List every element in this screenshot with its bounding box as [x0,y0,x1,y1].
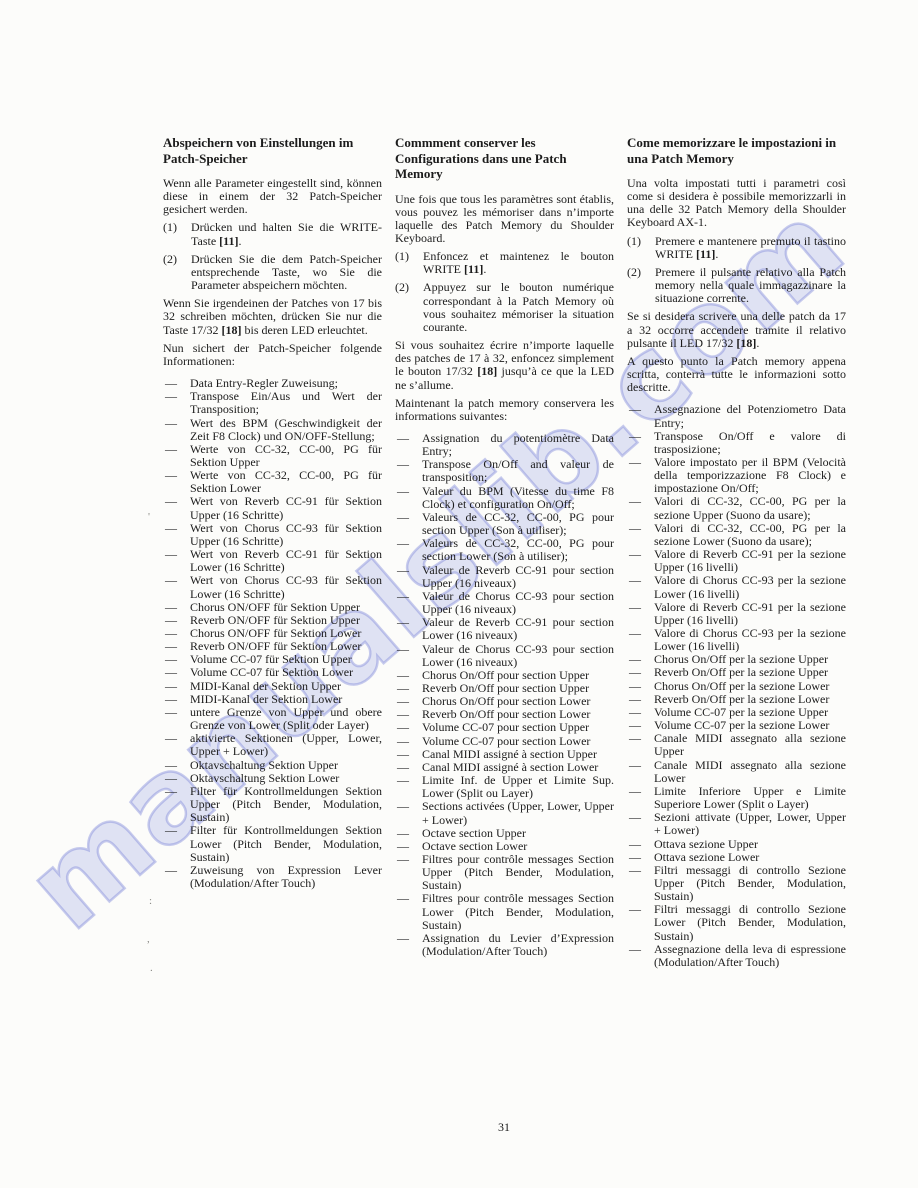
item-text: Assignation du Levier d’Expression (Modu… [422,932,614,958]
dash-marker: — [397,485,409,498]
list-item: —Chorus On/Off per la sezione Lower [627,680,846,693]
dash-marker: — [165,785,177,798]
column-italian: Come memorizzare le impostazioni in una … [627,135,846,969]
item-text: Canale MIDI assegnato alla sezione Lower [654,759,846,785]
dash-marker: — [629,732,641,745]
dash-marker: — [397,800,409,813]
item-text: Oktavschaltung Sektion Lower [190,772,382,785]
list-item: —Valori di CC-32, CC-00, PG per la sezio… [627,495,846,521]
column-german: Abspeichern von Einstellungen im Patch-S… [163,135,382,890]
intro-paragraph: Una volta impostati tutti i parametri co… [627,177,846,230]
item-text: Assegnazione della leva di espressione (… [654,943,846,969]
item-text: Valeur de Reverb CC-91 pour section Uppe… [422,564,614,590]
steps-italian: (1)Premere e mantenere premuto il tastin… [627,235,846,306]
list-item: —Filtri messaggi di controllo Sezione Up… [627,864,846,903]
item-text: untere Grenze von Upper und obere Grenze… [190,706,382,732]
notes-german: Wenn Sie irgendeinen der Patches von 17 … [163,297,382,368]
dash-marker: — [629,838,641,851]
item-text: Valori di CC-32, CC-00, PG per la sezion… [654,495,846,521]
step-number: (2) [395,281,409,294]
manual-page: manualslib.com Abspeichern von Einstellu… [0,0,918,1188]
item-text: Transpose On/Off and valeur de transposi… [422,458,614,484]
saved-settings-list-italian: —Assegnazione del Potenziometro Data Ent… [627,403,846,969]
scan-speck: : [149,896,152,906]
dash-marker: — [629,548,641,561]
list-item: —Valeur du BPM (Vitesse du time F8 Clock… [395,485,614,511]
list-item: —untere Grenze von Upper und obere Grenz… [163,706,382,732]
section-heading-french: Commment conserver les Configurations da… [395,135,614,182]
list-item: —Werte von CC-32, CC-00, PG für Sektion … [163,443,382,469]
dash-marker: — [165,706,177,719]
dash-marker: — [397,774,409,787]
step-text: Appuyez sur le bouton numérique correspo… [423,281,614,334]
dash-marker: — [165,469,177,482]
item-text: Canal MIDI assigné à section Upper [422,748,614,761]
dash-marker: — [629,680,641,693]
item-text: Wert von Chorus CC-93 für Sektion Lower … [190,574,382,600]
page-number: 31 [163,1120,845,1135]
dash-marker: — [629,403,641,416]
item-text: Reverb On/Off per la sezione Upper [654,666,846,679]
list-item: —Sezioni attivate (Upper, Lower, Upper +… [627,811,846,837]
list-item: —Valeur de Chorus CC-93 pour section Low… [395,643,614,669]
dash-marker: — [165,390,177,403]
item-text: Valore di Chorus CC-93 per la sezione Lo… [654,627,846,653]
item-text: Ottava sezione Lower [654,851,846,864]
dash-marker: — [629,522,641,535]
list-item: —Valore di Reverb CC-91 per la sezione U… [627,601,846,627]
dash-marker: — [397,853,409,866]
dash-marker: — [397,669,409,682]
list-item: —Oktavschaltung Sektion Upper [163,759,382,772]
steps-french: (1)Enfoncez et maintenez le bouton WRITE… [395,250,614,334]
dash-marker: — [165,601,177,614]
list-item: —Volume CC-07 für Sektion Lower [163,666,382,679]
dash-marker: — [629,601,641,614]
list-item: —Transpose Ein/Aus und Wert der Transpos… [163,390,382,416]
dash-marker: — [165,574,177,587]
step-text: Drücken und halten Sie die WRITE-Taste [… [191,221,382,247]
list-item: —Assegnazione del Potenziometro Data Ent… [627,403,846,429]
step-text: Premere il pulsante relativo alla Patch … [655,266,846,305]
list-item: —Volume CC-07 pour section Lower [395,735,614,748]
list-item: —Canale MIDI assegnato alla sezione Lowe… [627,759,846,785]
item-text: Werte von CC-32, CC-00, PG für Sektion U… [190,443,382,469]
list-item: —Filter für Kontrollmeldungen Sektion Lo… [163,824,382,863]
list-item: —Limite Inf. de Upper et Limite Sup. Low… [395,774,614,800]
list-item: —Chorus ON/OFF für Sektion Upper [163,601,382,614]
list-item: —Valeurs de CC-32, CC-00, PG pour sectio… [395,511,614,537]
list-item: —Assegnazione della leva di espressione … [627,943,846,969]
numbered-step: (2)Appuyez sur le bouton numérique corre… [395,281,614,334]
numbered-step: (2)Premere il pulsante relativo alla Pat… [627,266,846,305]
step-number: (1) [163,221,177,234]
list-item: —Filtri messaggi di controllo Sezione Lo… [627,903,846,942]
dash-marker: — [165,522,177,535]
note-paragraph: Se si desidera scrivere una delle patch … [627,310,846,349]
dash-marker: — [397,590,409,603]
dash-marker: — [397,748,409,761]
list-item: —Canal MIDI assigné à section Upper [395,748,614,761]
list-item: —Reverb On/Off per la sezione Upper [627,666,846,679]
dash-marker: — [629,627,641,640]
scan-speck: ' [148,512,150,522]
list-item: —Valore di Chorus CC-93 per la sezione L… [627,627,846,653]
list-item: —Assignation du Levier d’Expression (Mod… [395,932,614,958]
step-number: (2) [163,253,177,266]
item-text: Filtres pour contrôle messages Section L… [422,892,614,931]
column-french: Commment conserver les Configurations da… [395,135,614,958]
steps-german: (1)Drücken und halten Sie die WRITE-Tast… [163,221,382,292]
dash-marker: — [165,732,177,745]
list-item: —Wert von Chorus CC-93 für Sektion Lower… [163,574,382,600]
step-number: (1) [395,250,409,263]
item-text: Valore di Chorus CC-93 per la sezione Lo… [654,574,846,600]
numbered-step: (1)Drücken und halten Sie die WRITE-Tast… [163,221,382,247]
item-text: Chorus On/Off per la sezione Lower [654,680,846,693]
note-paragraph: Nun sichert der Patch-Speicher folgende … [163,342,382,368]
list-item: —aktivierte Sektionen (Upper, Lower, Upp… [163,732,382,758]
item-text: Sezioni attivate (Upper, Lower, Upper + … [654,811,846,837]
item-text: Assignation du potentiomètre Data Entry; [422,432,614,458]
item-text: Limite Inferiore Upper e Limite Superior… [654,785,846,811]
item-text: Sections activées (Upper, Lower, Upper +… [422,800,614,826]
item-text: Canale MIDI assegnato alla sezione Upper [654,732,846,758]
item-text: Valori di CC-32, CC-00, PG per la sezion… [654,522,846,548]
item-text: Transpose Ein/Aus und Wert der Transposi… [190,390,382,416]
dash-marker: — [629,759,641,772]
intro-paragraph: Une fois que tous les paramètres sont ét… [395,193,614,246]
dash-marker: — [397,458,409,471]
list-item: —Ottava sezione Upper [627,838,846,851]
dash-marker: — [397,432,409,445]
dash-marker: — [629,811,641,824]
dash-marker: — [397,537,409,550]
dash-marker: — [629,456,641,469]
list-item: —Valeurs de CC-32, CC-00, PG pour sectio… [395,537,614,563]
note-paragraph: Maintenant la patch memory conservera le… [395,397,614,423]
list-item: —Valori di CC-32, CC-00, PG per la sezio… [627,522,846,548]
list-item: —Oktavschaltung Sektion Lower [163,772,382,785]
item-text: Valore di Reverb CC-91 per la sezione Up… [654,601,846,627]
step-number: (2) [627,266,641,279]
item-text: Valeur de Chorus CC-93 pour section Uppe… [422,590,614,616]
item-text: Octave section Upper [422,827,614,840]
item-text: Valore impostato per il BPM (Velocità de… [654,456,846,495]
item-text: aktivierte Sektionen (Upper, Lower, Uppe… [190,732,382,758]
list-item: —Filtres pour contrôle messages Section … [395,892,614,931]
item-text: Werte von CC-32, CC-00, PG für Sektion L… [190,469,382,495]
dash-marker: — [397,892,409,905]
notes-french: Si vous souhaitez écrire n’importe laque… [395,339,614,423]
step-text: Drücken Sie die dem Patch-Speicher entsp… [191,253,382,292]
section-heading-italian: Come memorizzare le impostazioni in una … [627,135,846,166]
list-item: —Filter für Kontrollmeldungen Sektion Up… [163,785,382,824]
list-item: —Wert des BPM (Geschwindigkeit der Zeit … [163,417,382,443]
list-item: —Transpose On/Off and valeur de transpos… [395,458,614,484]
list-item: —Octave section Upper [395,827,614,840]
dash-marker: — [165,772,177,785]
dash-marker: — [165,495,177,508]
list-item: —Valore di Chorus CC-93 per la sezione L… [627,574,846,600]
list-item: —Filtres pour contrôle messages Section … [395,853,614,892]
note-paragraph: A questo punto la Patch memory appena sc… [627,355,846,394]
scan-speck: . [150,963,153,973]
item-text: Valeur du BPM (Vitesse du time F8 Clock)… [422,485,614,511]
list-item: —Assignation du potentiomètre Data Entry… [395,432,614,458]
list-item: —Canale MIDI assegnato alla sezione Uppe… [627,732,846,758]
section-heading-german: Abspeichern von Einstellungen im Patch-S… [163,135,382,166]
list-item: —Reverb On/Off per la sezione Lower [627,693,846,706]
dash-marker: — [397,735,409,748]
list-item: —Wert von Reverb CC-91 für Sektion Lower… [163,548,382,574]
item-text: Valore di Reverb CC-91 per la sezione Up… [654,548,846,574]
dash-marker: — [165,548,177,561]
item-text: Valeur de Chorus CC-93 pour section Lowe… [422,643,614,669]
item-text: Wert von Reverb CC-91 für Sektion Upper … [190,495,382,521]
numbered-step: (1)Premere e mantenere premuto il tastin… [627,235,846,261]
list-item: —Wert von Reverb CC-91 für Sektion Upper… [163,495,382,521]
dash-marker: — [629,430,641,443]
list-item: —MIDI-Kanal der Sektion Lower [163,693,382,706]
dash-marker: — [397,511,409,524]
item-text: Valeurs de CC-32, CC-00, PG pour section… [422,537,614,563]
step-text: Premere e mantenere premuto il tastino W… [655,235,846,261]
dash-marker: — [165,759,177,772]
dash-marker: — [165,666,177,679]
list-item: —Valore di Reverb CC-91 per la sezione U… [627,548,846,574]
list-item: —Ottava sezione Lower [627,851,846,864]
list-item: —Valeur de Reverb CC-91 pour section Low… [395,616,614,642]
item-text: Wert von Chorus CC-93 für Sektion Upper … [190,522,382,548]
item-text: Limite Inf. de Upper et Limite Sup. Lowe… [422,774,614,800]
item-text: Valeurs de CC-32, CC-00, PG pour section… [422,511,614,537]
scan-speck: , [147,934,150,944]
item-text: MIDI-Kanal der Sektion Lower [190,693,382,706]
item-text: Transpose On/Off e valore di trasposizio… [654,430,846,456]
dash-marker: — [165,443,177,456]
dash-marker: — [165,824,177,837]
step-number: (1) [627,235,641,248]
item-text: Oktavschaltung Sektion Upper [190,759,382,772]
list-item: —Valore impostato per il BPM (Velocità d… [627,456,846,495]
intro-paragraph: Wenn alle Parameter eingestellt sind, kö… [163,177,382,216]
item-text: Filtres pour contrôle messages Section U… [422,853,614,892]
list-item: —Transpose On/Off e valore di trasposizi… [627,430,846,456]
item-text: Volume CC-07 für Sektion Lower [190,666,382,679]
item-text: Valeur de Reverb CC-91 pour section Lowe… [422,616,614,642]
dash-marker: — [629,693,641,706]
dash-marker: — [165,864,177,877]
list-item: —Sections activées (Upper, Lower, Upper … [395,800,614,826]
item-text: Filtri messaggi di controllo Sezione Upp… [654,864,846,903]
numbered-step: (2)Drücken Sie die dem Patch-Speicher en… [163,253,382,292]
item-text: Filter für Kontrollmeldungen Sektion Upp… [190,785,382,824]
dash-marker: — [397,643,409,656]
item-text: Volume CC-07 pour section Lower [422,735,614,748]
item-text: Wert des BPM (Geschwindigkeit der Zeit F… [190,417,382,443]
note-paragraph: Wenn Sie irgendeinen der Patches von 17 … [163,297,382,336]
list-item: —Wert von Chorus CC-93 für Sektion Upper… [163,522,382,548]
note-paragraph: Si vous souhaitez écrire n’importe laque… [395,339,614,392]
list-item: —Limite Inferiore Upper e Limite Superio… [627,785,846,811]
list-item: —Valeur de Reverb CC-91 pour section Upp… [395,564,614,590]
dash-marker: — [629,903,641,916]
list-item: —Werte von CC-32, CC-00, PG für Sektion … [163,469,382,495]
dash-marker: — [629,666,641,679]
item-text: Zuweisung von Expression Lever (Modulati… [190,864,382,890]
dash-marker: — [165,417,177,430]
list-item: —MIDI-Kanal der Sektion Upper [163,680,382,693]
notes-italian: Se si desidera scrivere una delle patch … [627,310,846,394]
item-text: Assegnazione del Potenziometro Data Entr… [654,403,846,429]
item-text: Wert von Reverb CC-91 für Sektion Lower … [190,548,382,574]
item-text: Ottava sezione Upper [654,838,846,851]
dash-marker: — [165,680,177,693]
dash-marker: — [629,851,641,864]
numbered-step: (1)Enfoncez et maintenez le bouton WRITE… [395,250,614,276]
dash-marker: — [397,827,409,840]
item-text: Chorus On/Off pour section Upper [422,669,614,682]
dash-marker: — [629,495,641,508]
item-text: Volume CC-07 pour section Upper [422,721,614,734]
dash-marker: — [629,943,641,956]
list-item: —Valeur de Chorus CC-93 pour section Upp… [395,590,614,616]
dash-marker: — [629,574,641,587]
item-text: Chorus ON/OFF für Sektion Upper [190,601,382,614]
dash-marker: — [629,864,641,877]
dash-marker: — [629,785,641,798]
item-text: Filtri messaggi di controllo Sezione Low… [654,903,846,942]
dash-marker: — [397,564,409,577]
dash-marker: — [397,616,409,629]
dash-marker: — [397,932,409,945]
step-text: Enfoncez et maintenez le bouton WRITE [1… [423,250,614,276]
item-text: MIDI-Kanal der Sektion Upper [190,680,382,693]
dash-marker: — [397,721,409,734]
list-item: —Volume CC-07 pour section Upper [395,721,614,734]
list-item: —Chorus On/Off pour section Upper [395,669,614,682]
saved-settings-list-german: —Data Entry-Regler Zuweisung;—Transpose … [163,377,382,890]
saved-settings-list-french: —Assignation du potentiomètre Data Entry… [395,432,614,958]
item-text: Reverb On/Off per la sezione Lower [654,693,846,706]
item-text: Filter für Kontrollmeldungen Sektion Low… [190,824,382,863]
dash-marker: — [165,693,177,706]
list-item: —Zuweisung von Expression Lever (Modulat… [163,864,382,890]
